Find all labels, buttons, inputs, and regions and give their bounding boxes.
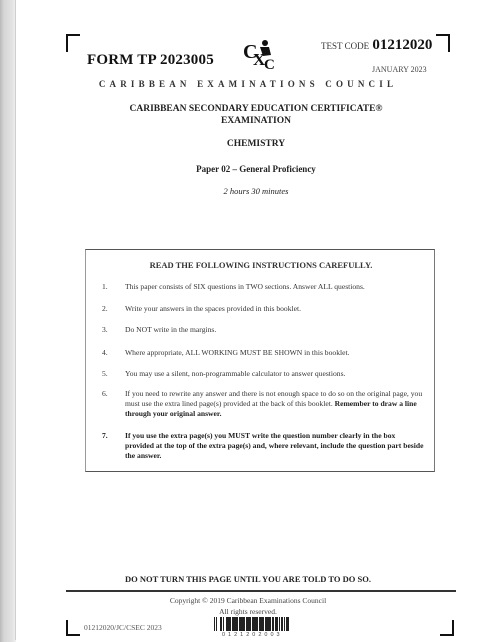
instruction-text: If you use the extra page(s) you MUST wr… bbox=[125, 431, 425, 461]
instruction-text: Do NOT write in the margins. bbox=[125, 325, 425, 335]
paper-title: Paper 02 – General Proficiency bbox=[16, 164, 496, 174]
instruction-text: Write your answers in the spaces provide… bbox=[125, 304, 425, 314]
crop-mark-top-left bbox=[66, 34, 80, 52]
examination-label: EXAMINATION bbox=[16, 116, 496, 126]
instructions-title: READ THE FOLLOWING INSTRUCTIONS CAREFULL… bbox=[86, 260, 436, 270]
subject-title: CHEMISTRY bbox=[16, 139, 496, 149]
instruction-text: This paper consists of SIX questions in … bbox=[125, 282, 425, 292]
instruction-text: You may use a silent, non-programmable c… bbox=[125, 369, 425, 379]
copyright-notice: Copyright © 2019 Caribbean Examinations … bbox=[0, 595, 496, 617]
instruction-number: 7. bbox=[102, 431, 108, 441]
copyright-line: Copyright © 2019 Caribbean Examinations … bbox=[0, 595, 496, 606]
instructions-box: READ THE FOLLOWING INSTRUCTIONS CAREFULL… bbox=[85, 249, 435, 472]
cxc-logo-icon: C X C bbox=[243, 38, 279, 70]
instruction-number: 2. bbox=[102, 304, 108, 314]
instruction-text: If you need to rewrite any answer and th… bbox=[125, 389, 425, 419]
svg-text:C: C bbox=[264, 57, 275, 70]
scan-edge-strip bbox=[0, 0, 16, 642]
footer-divider bbox=[66, 590, 456, 592]
exam-duration: 2 hours 30 minutes bbox=[16, 186, 496, 196]
certificate-title: CARIBBEAN SECONDARY EDUCATION CERTIFICAT… bbox=[16, 104, 496, 114]
barcode-icon bbox=[214, 617, 306, 631]
crop-mark-bottom-left bbox=[66, 620, 80, 636]
instruction-number: 1. bbox=[102, 282, 108, 292]
instruction-number: 6. bbox=[102, 389, 108, 399]
test-code-label: TEST CODE bbox=[321, 41, 369, 51]
council-name: CARIBBEAN EXAMINATIONS COUNCIL bbox=[0, 79, 496, 89]
form-code: FORM TP 2023005 bbox=[87, 52, 214, 69]
test-code: TEST CODE 01212020 bbox=[321, 37, 432, 54]
exam-date: JANUARY 2023 bbox=[372, 65, 427, 74]
instruction-number: 3. bbox=[102, 325, 108, 335]
crop-mark-bottom-right bbox=[440, 620, 454, 636]
instruction-number: 5. bbox=[102, 369, 108, 379]
instruction-number: 4. bbox=[102, 348, 108, 358]
do-not-turn-warning: DO NOT TURN THIS PAGE UNTIL YOU ARE TOLD… bbox=[0, 574, 496, 584]
rights-line: All rights reserved. bbox=[0, 606, 496, 617]
barcode-digits: 0121202003 bbox=[222, 632, 283, 638]
paper-code: 01212020/JC/CSEC 2023 bbox=[84, 623, 162, 632]
test-code-value: 01212020 bbox=[372, 37, 432, 53]
crop-mark-top-right bbox=[436, 34, 450, 52]
instruction-text: Where appropriate, ALL WORKING MUST BE S… bbox=[125, 348, 425, 358]
